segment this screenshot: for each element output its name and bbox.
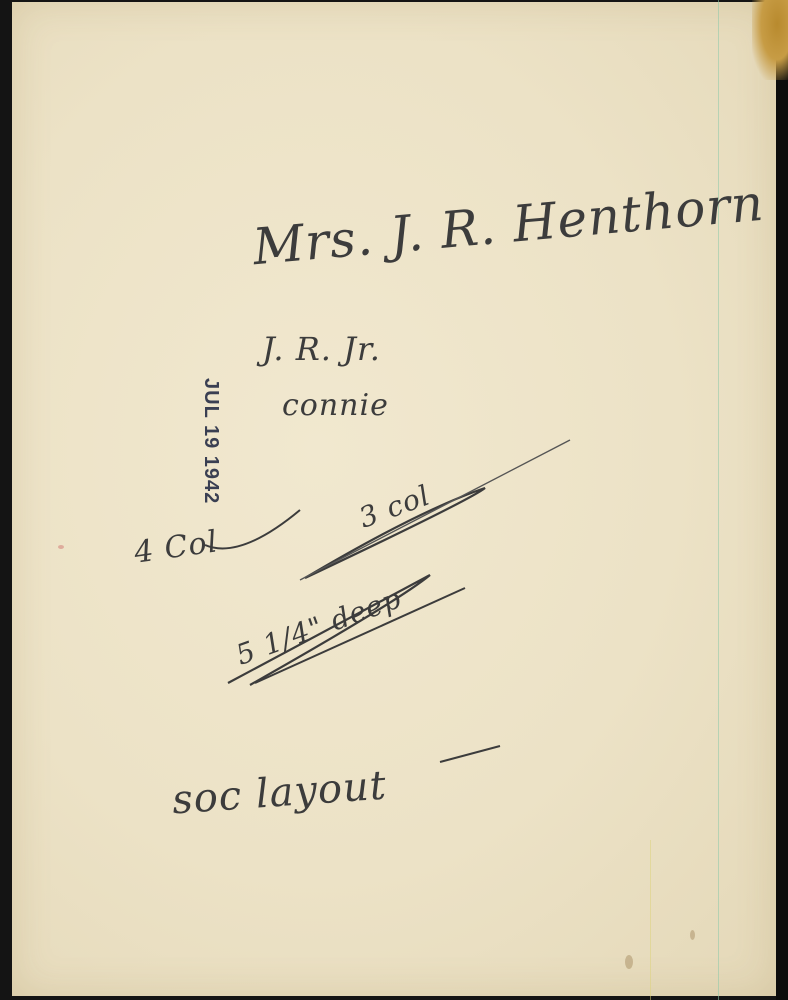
paper-stain-spot	[625, 955, 633, 969]
vertical-guide-line	[718, 0, 719, 1000]
vertical-guide-line-faint	[650, 840, 651, 1000]
corner-stain	[752, 0, 788, 80]
scan-border	[776, 0, 788, 1000]
date-stamp: JUL 19 1942	[199, 378, 222, 504]
handwritten-subject-2: connie	[282, 388, 389, 423]
paper-speck	[58, 545, 64, 549]
paper-stain-spot	[690, 930, 695, 940]
handwritten-subject-1: J. R. Jr.	[262, 330, 381, 368]
